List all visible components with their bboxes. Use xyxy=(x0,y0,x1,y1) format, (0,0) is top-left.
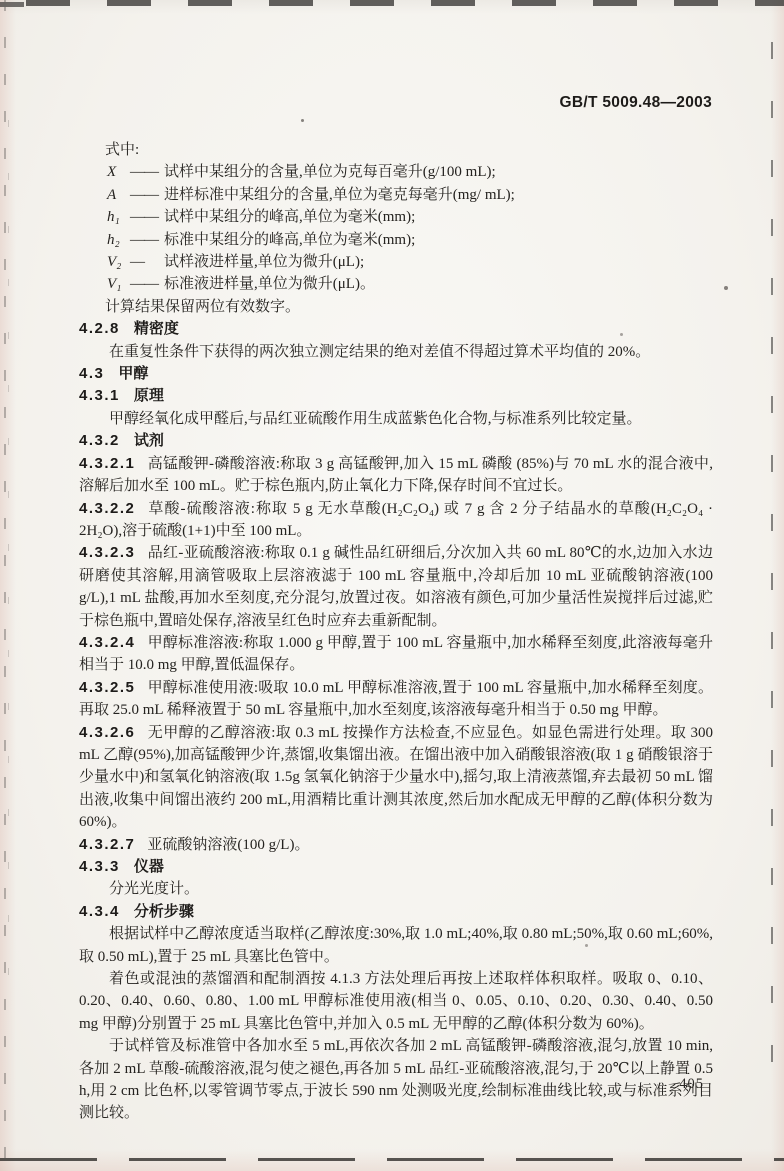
body-paragraph: 着色或混浊的蒸馏酒和配制酒按 4.1.3 方法处理后再按上述取样体积取样。吸取 … xyxy=(79,968,713,1035)
variable-definition: 标准液进样量,单位为微升(μL)。 xyxy=(164,273,375,295)
clause-text: 品红-亚硫酸溶液:称取 0.1 g 碱性品红研细后,分次加入共 60 mL 80… xyxy=(79,545,713,628)
standard-code-header: GB/T 5009.48—2003 xyxy=(560,94,712,112)
variable-definition: 试样中某组分的含量,单位为克每百毫升(g/100 mL); xyxy=(164,161,496,183)
body-paragraph: 于试样管及标准管中各加水至 5 mL,再依次各加 2 mL 高锰酸钾-磷酸溶液,… xyxy=(79,1035,713,1125)
clause-paragraph: 4.3.2.5甲醇标准使用液:吸取 10.0 mL 甲醇标准溶液,置于 100 … xyxy=(79,677,713,722)
document-content: 式中: X——试样中某组分的含量,单位为克每百毫升(g/100 mL);A——进… xyxy=(79,139,713,1125)
clause-paragraph: 4.3.2.4甲醇标准溶液:称取 1.000 g 甲醇,置于 100 mL 容量… xyxy=(79,632,713,677)
clause-paragraph: 4.3.2.3品红-亚硫酸溶液:称取 0.1 g 碱性品红研细后,分次加入共 6… xyxy=(79,542,713,632)
section-number: 4.3.1 xyxy=(79,387,120,404)
clause-text: 甲醇标准使用液:吸取 10.0 mL 甲醇标准溶液,置于 100 mL 容量瓶中… xyxy=(79,680,713,718)
clause-paragraph: 4.3.2.6无甲醇的乙醇溶液:取 0.3 mL 按操作方法检查,不应显色。如显… xyxy=(79,722,713,834)
variable-symbol: h₂ xyxy=(107,229,130,251)
scan-artifact-top-edge xyxy=(26,0,784,6)
clause-paragraph: 4.3.2.1高锰酸钾-磷酸溶液:称取 3 g 高锰酸钾,加入 15 mL 磷酸… xyxy=(79,453,713,498)
body-paragraph: 根据试样中乙醇浓度适当取样(乙醇浓度:30%,取 1.0 mL;40%,取 0.… xyxy=(79,923,713,968)
clause-text: 草酸-硫酸溶液:称取 5 g 无水草酸(H₂C₂O₄) 或 7 g 含 2 分子… xyxy=(79,501,713,539)
section-heading: 4.3.4分析步骤 xyxy=(79,901,713,923)
section-heading: 4.3甲醇 xyxy=(79,363,713,385)
variable-definition: 试样液进样量,单位为微升(μL); xyxy=(164,251,364,273)
clause-number: 4.3.2.4 xyxy=(79,634,135,651)
variable-definition: 标准中某组分的峰高,单位为毫米(mm); xyxy=(164,229,415,251)
legend-separator: —— xyxy=(130,206,164,228)
legend-item: X——试样中某组分的含量,单位为克每百毫升(g/100 mL); xyxy=(79,161,713,183)
clause-paragraph: 4.3.2.7亚硫酸钠溶液(100 g/L)。 xyxy=(79,834,713,856)
clause-number: 4.3.2.2 xyxy=(79,500,135,517)
clause-text: 无甲醇的乙醇溶液:取 0.3 mL 按操作方法检查,不应显色。如显色需进行处理。… xyxy=(79,725,713,831)
section-number: 4.3.2 xyxy=(79,432,120,449)
clause-number: 4.3.2.3 xyxy=(79,544,135,561)
variable-symbol: A xyxy=(107,184,130,206)
scan-artifact-left-edge-2 xyxy=(8,120,9,1020)
variable-symbol: V₂ xyxy=(107,251,130,273)
variable-symbol: h₁ xyxy=(107,206,130,228)
variable-definition: 试样中某组分的峰高,单位为毫米(mm); xyxy=(164,206,415,228)
scan-speck xyxy=(301,119,304,122)
clause-text: 甲醇标准溶液:称取 1.000 g 甲醇,置于 100 mL 容量瓶中,加水稀释… xyxy=(79,635,713,673)
document-body: 4.2.8精密度在重复性条件下获得的两次独立测定结果的绝对差值不得超过算术平均值… xyxy=(79,318,713,1125)
section-title: 试剂 xyxy=(134,432,164,449)
section-title: 分析步骤 xyxy=(134,903,194,920)
legend-separator: —— xyxy=(130,273,164,295)
scan-artifact-right-edge xyxy=(771,42,773,1092)
variable-symbol: V₁ xyxy=(107,273,130,295)
legend-item: V₁——标准液进样量,单位为微升(μL)。 xyxy=(79,273,713,295)
variable-symbol: X xyxy=(107,161,130,183)
body-paragraph: 甲醇经氧化成甲醛后,与品红亚硫酸作用生成蓝紫色化合物,与标准系列比较定量。 xyxy=(79,408,713,430)
section-number: 4.3.4 xyxy=(79,903,120,920)
clause-paragraph: 4.3.2.2草酸-硫酸溶液:称取 5 g 无水草酸(H₂C₂O₄) 或 7 g… xyxy=(79,498,713,543)
scan-artifact-bottom-edge xyxy=(0,1158,784,1161)
legend-item: h₁——试样中某组分的峰高,单位为毫米(mm); xyxy=(79,206,713,228)
body-paragraph: 在重复性条件下获得的两次独立测定结果的绝对差值不得超过算术平均值的 20%。 xyxy=(79,341,713,363)
clause-number: 4.3.2.6 xyxy=(79,724,135,741)
scan-speck xyxy=(724,286,728,290)
formula-legend-intro: 式中: xyxy=(79,139,713,161)
section-number: 4.2.8 xyxy=(79,320,120,337)
legend-separator: —— xyxy=(130,184,164,206)
clause-number: 4.3.2.5 xyxy=(79,679,135,696)
section-number: 4.3.3 xyxy=(79,858,120,875)
section-heading: 4.3.2试剂 xyxy=(79,430,713,452)
section-heading: 4.3.1原理 xyxy=(79,385,713,407)
section-number: 4.3 xyxy=(79,365,104,382)
section-title: 仪器 xyxy=(134,858,164,875)
scan-artifact-left-edge xyxy=(4,0,6,1171)
legend-item: A——进样标准中某组分的含量,单位为毫克每毫升(mg/ mL); xyxy=(79,184,713,206)
clause-number: 4.3.2.1 xyxy=(79,455,135,472)
section-heading: 4.2.8精密度 xyxy=(79,318,713,340)
formula-legend-note: 计算结果保留两位有效数字。 xyxy=(79,296,713,318)
formula-legend-items: X——试样中某组分的含量,单位为克每百毫升(g/100 mL);A——进样标准中… xyxy=(79,161,713,295)
clause-text: 高锰酸钾-磷酸溶液:称取 3 g 高锰酸钾,加入 15 mL 磷酸 (85%)与… xyxy=(79,456,713,494)
section-heading: 4.3.3仪器 xyxy=(79,856,713,878)
body-paragraph: 分光光度计。 xyxy=(79,878,713,900)
clause-number: 4.3.2.7 xyxy=(79,836,135,853)
legend-separator: —— xyxy=(130,229,164,251)
legend-item: V₂—试样液进样量,单位为微升(μL); xyxy=(79,251,713,273)
clause-text: 亚硫酸钠溶液(100 g/L)。 xyxy=(147,837,309,853)
legend-separator: — xyxy=(130,251,164,273)
variable-definition: 进样标准中某组分的含量,单位为毫克每毫升(mg/ mL); xyxy=(164,184,515,206)
legend-item: h₂——标准中某组分的峰高,单位为毫米(mm); xyxy=(79,229,713,251)
section-title: 精密度 xyxy=(134,320,179,337)
legend-separator: —— xyxy=(130,161,164,183)
section-title: 甲醇 xyxy=(118,365,148,382)
section-title: 原理 xyxy=(134,387,164,404)
